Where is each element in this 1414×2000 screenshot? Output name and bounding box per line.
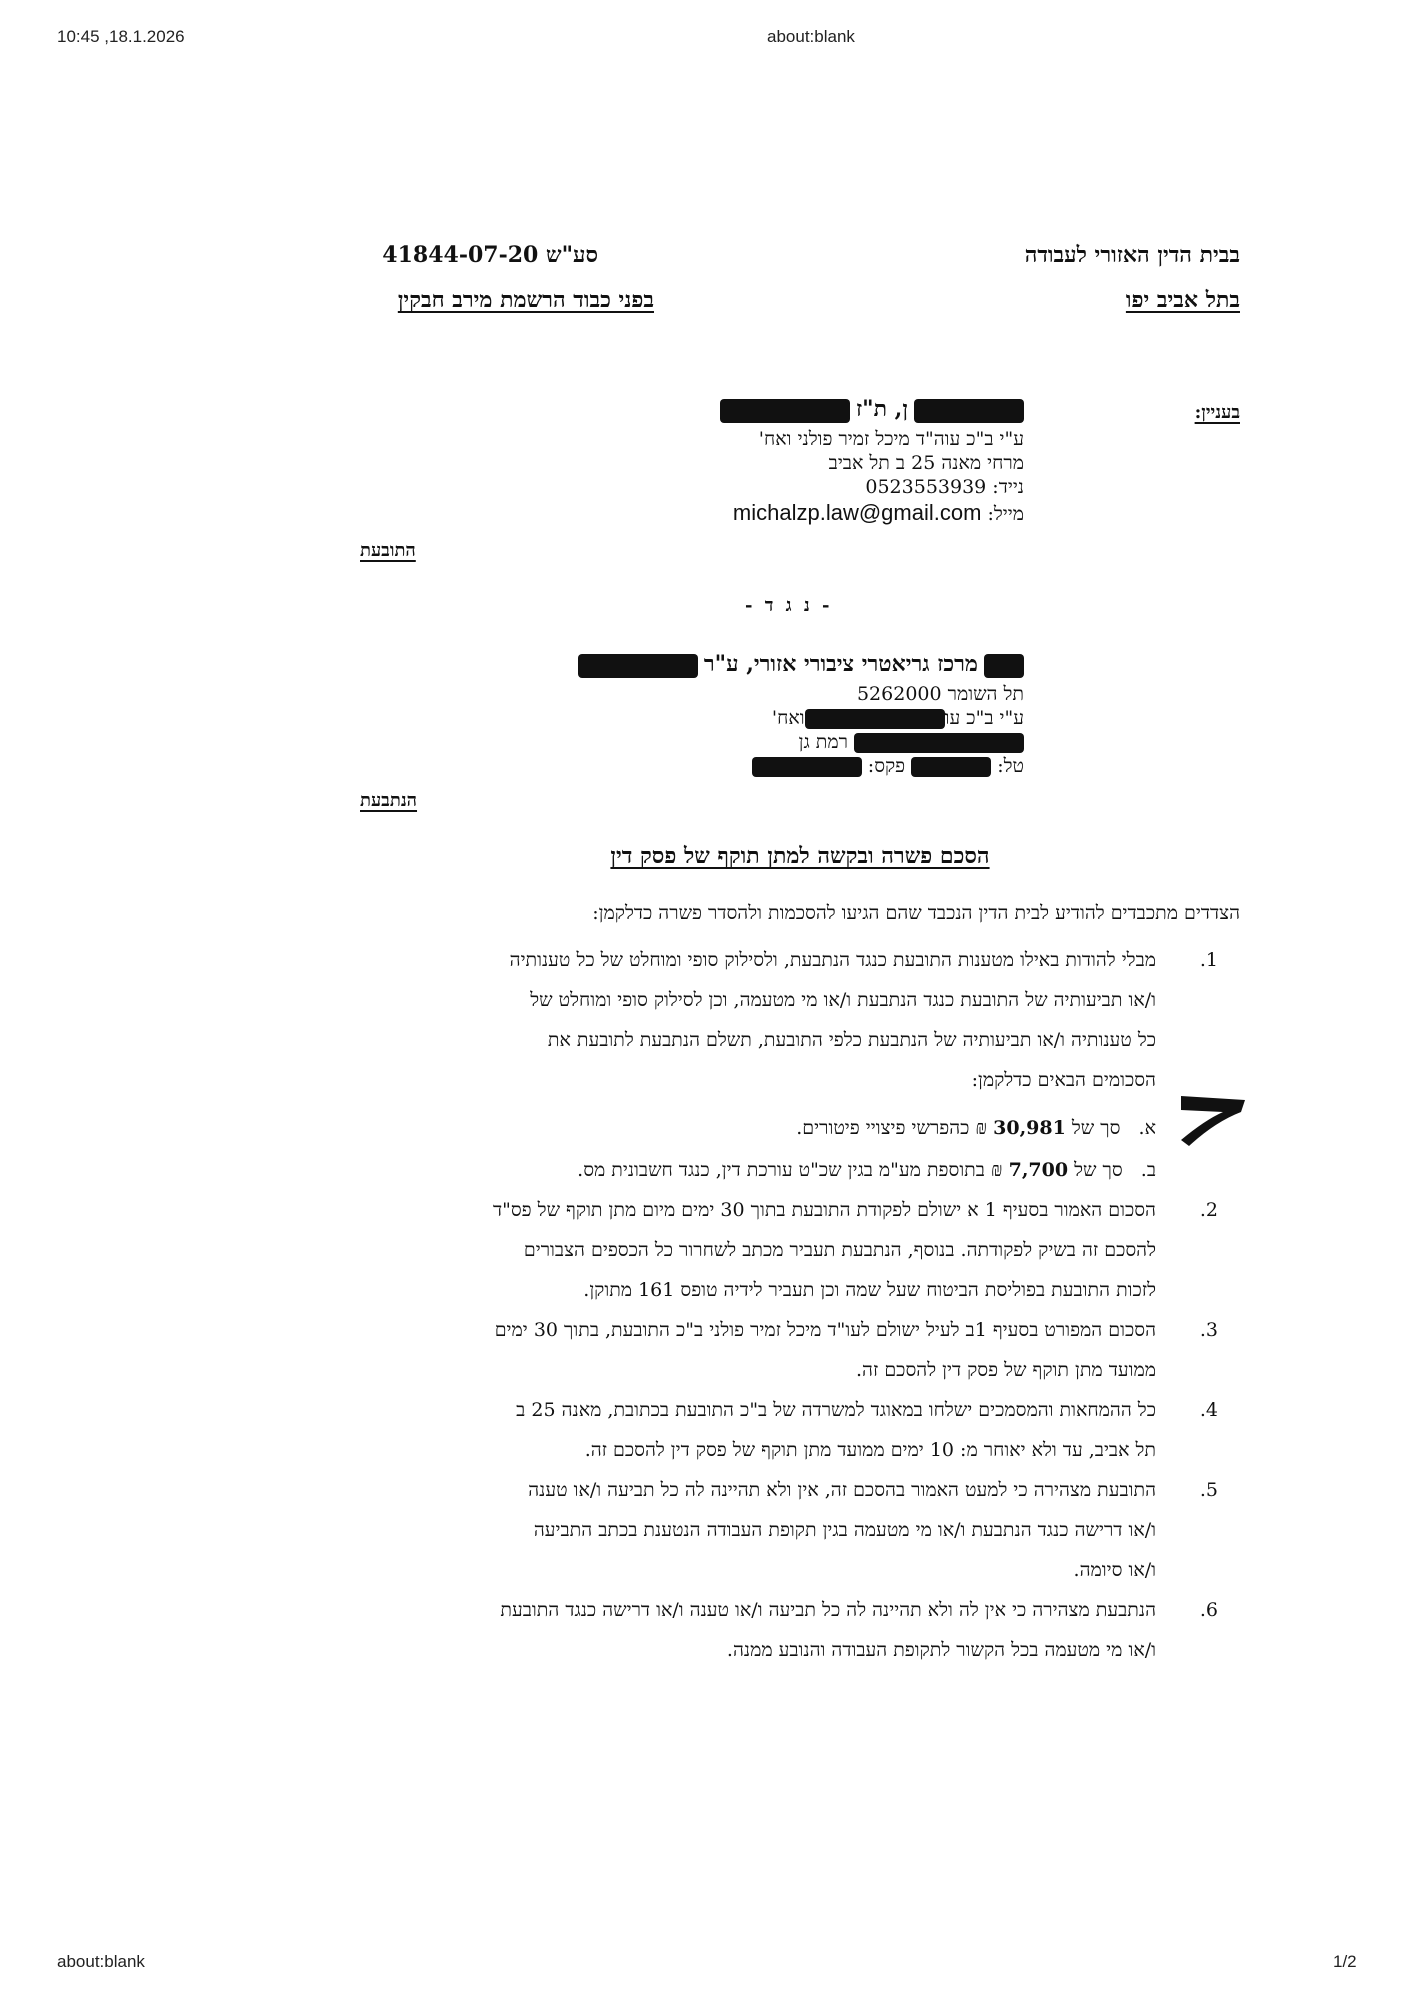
sub-item-amount: 30,981 — [993, 1117, 1066, 1139]
clause-6: 6.הנתבעת מצהירה כי אין לה ולא תהיינה לה … — [356, 1590, 1156, 1670]
clause-line: לזכות התובעת בפוליסת הביטוח שעל שמה וכן … — [356, 1270, 1156, 1310]
defendant-representative-suffix: ואח' — [772, 707, 805, 729]
redaction — [911, 757, 991, 777]
sub-item-amount: 7,700 — [1009, 1159, 1069, 1181]
sub-item-prefix: סך של — [1072, 1117, 1121, 1139]
clause-line: הסכומים הבאים כדלקמן: — [356, 1060, 1156, 1100]
clause-line: ו/או דרישה כנגד הנתבעת ו/או מי מטעמה בגי… — [356, 1510, 1156, 1550]
clause-line: תל אביב, עד ולא יאוחר מ: 10 ימים ממועד מ… — [356, 1430, 1156, 1470]
shekel-icon: ₪ — [976, 1117, 988, 1139]
sub-item-letter: ב. — [1141, 1159, 1156, 1181]
clause-line: כל טענותיה ו/או תביעותיה של הנתבעת כלפי … — [356, 1020, 1156, 1060]
document-title: הסכם פשרה ובקשה למתן תוקף של פסק דין — [340, 843, 1260, 869]
print-footer-url: about:blank — [57, 1952, 145, 1972]
plaintiff-mobile: נייד: 0523553939 — [624, 475, 1024, 499]
clause-line: התובעת מצהירה כי למעט האמור בהסכם זה, אי… — [356, 1470, 1156, 1510]
clause-number: 1. — [1188, 940, 1218, 980]
clause-line: להסכם זה בשיק לפקודתה. בנוסף, הנתבעת תעב… — [356, 1230, 1156, 1270]
redaction — [752, 757, 862, 777]
clauses: 1.מבלי להודות באילו מטענות התובעת כנגד ה… — [356, 940, 1156, 1670]
redaction — [720, 399, 850, 423]
clause-number: 4. — [1188, 1390, 1218, 1430]
clause-line: ו/או תביעותיה של התובעת כנגד הנתבעת ו/או… — [356, 980, 1156, 1020]
defendant-city: רמת גן — [799, 731, 848, 753]
print-page-title: about:blank — [767, 27, 855, 47]
clause-line: ו/או סיומה. — [356, 1550, 1156, 1590]
clause-line: ו/או מי מטעמה בכל הקשור לתקופת העבודה וה… — [356, 1630, 1156, 1670]
print-page-number: 1/2 — [1333, 1952, 1357, 1972]
before-judge: בפני כבוד הרשמת מירב חבקין — [398, 287, 654, 313]
defendant-name: מרכז גריאטרי ציבורי אזורי, ע"ר — [704, 651, 978, 677]
redaction — [578, 654, 698, 678]
clause-number: 6. — [1188, 1590, 1218, 1630]
clause-5: 5.התובעת מצהירה כי למעט האמור בהסכם זה, … — [356, 1470, 1156, 1590]
redaction — [984, 654, 1024, 678]
handwritten-mark-icon — [1175, 1090, 1255, 1150]
redaction — [805, 709, 945, 729]
shekel-icon: ₪ — [991, 1159, 1003, 1181]
clause-line: כל ההמחאות והמסמכים ישלחו במאוגד למשרדה … — [356, 1390, 1156, 1430]
defendant-phone-label: טל: — [997, 755, 1024, 777]
clause-line: מבלי להודות באילו מטענות התובעת כנגד הנת… — [356, 940, 1156, 980]
plaintiff-id-label: ן, ת"ז — [856, 396, 908, 422]
clause-number: 5. — [1188, 1470, 1218, 1510]
clause-line: הנתבעת מצהירה כי אין לה ולא תהיינה לה כל… — [356, 1590, 1156, 1630]
clause-line: הסכום המפורט בסעיף 1ב לעיל ישולם לעו"ד מ… — [356, 1310, 1156, 1350]
defendant-block: מרכז גריאטרי ציבורי אזורי, ע"ר תל השומר … — [424, 652, 1024, 778]
clause-number: 2. — [1188, 1190, 1218, 1230]
intro-paragraph: הצדדים מתכבדים להודיע לבית הדין הנכבד שה… — [340, 902, 1240, 925]
defendant-fax-label: פקס: — [868, 755, 905, 777]
clause-2: 2.הסכום האמור בסעיף 1 א ישולם לפקודת התו… — [356, 1190, 1156, 1310]
plaintiff-email-label: מייל: — [987, 503, 1024, 525]
redaction — [854, 733, 1024, 753]
sub-item: א. סך של 30,981 ₪ כהפרשי פיצויי פיטורים. — [356, 1108, 1156, 1148]
plaintiff-role-label: התובעת — [360, 540, 416, 561]
print-timestamp: 10:45 ,18.1.2026 — [57, 27, 185, 47]
defendant-role-label: הנתבעת — [360, 790, 417, 811]
defendant-address: תל השומר 5262000 — [424, 682, 1024, 706]
sub-item-letter: א. — [1139, 1117, 1156, 1139]
court-city: בתל אביב יפו — [1126, 287, 1240, 313]
plaintiff-block: ן, ת"ז ע"י ב"כ עוה"ד מיכל זמיר פולני ואח… — [624, 397, 1024, 526]
sub-item-text: בתוספת מע"מ בגין שכ"ט עורכת דין, כנגד חש… — [577, 1159, 985, 1181]
clause-number: 3. — [1188, 1310, 1218, 1350]
sub-item-prefix: סך של — [1074, 1159, 1123, 1181]
redaction — [914, 399, 1024, 423]
clause-line: ממועד מתן תוקף של פסק דין להסכם זה. — [356, 1350, 1156, 1390]
clause-line: הסכום האמור בסעיף 1 א ישולם לפקודת התובע… — [356, 1190, 1156, 1230]
regarding-label: בעניין: — [1195, 402, 1240, 423]
case-number: סע"ש 41844-07-20 — [382, 242, 598, 268]
plaintiff-representative: ע"י ב"כ עוה"ד מיכל זמיר פולני ואח' — [624, 427, 1024, 451]
sub-item: ב. סך של 7,700 ₪ בתוספת מע"מ בגין שכ"ט ע… — [356, 1150, 1156, 1190]
clause-1: 1.מבלי להודות באילו מטענות התובעת כנגד ה… — [356, 940, 1156, 1190]
defendant-representative-prefix: ע"י ב"כ עו — [945, 707, 1024, 729]
plaintiff-email: michalzp.law@gmail.com — [733, 500, 982, 525]
clause-3: 3.הסכום המפורט בסעיף 1ב לעיל ישולם לעו"ד… — [356, 1310, 1156, 1390]
sub-item-text: כהפרשי פיצויי פיטורים. — [796, 1117, 969, 1139]
clause-4: 4.כל ההמחאות והמסמכים ישלחו במאוגד למשרד… — [356, 1390, 1156, 1470]
court-name: בבית הדין האזורי לעבודה — [1025, 242, 1240, 268]
versus-label: - נ ג ד - — [745, 595, 829, 616]
plaintiff-address: מרחי מאנה 25 ב תל אביב — [624, 451, 1024, 475]
